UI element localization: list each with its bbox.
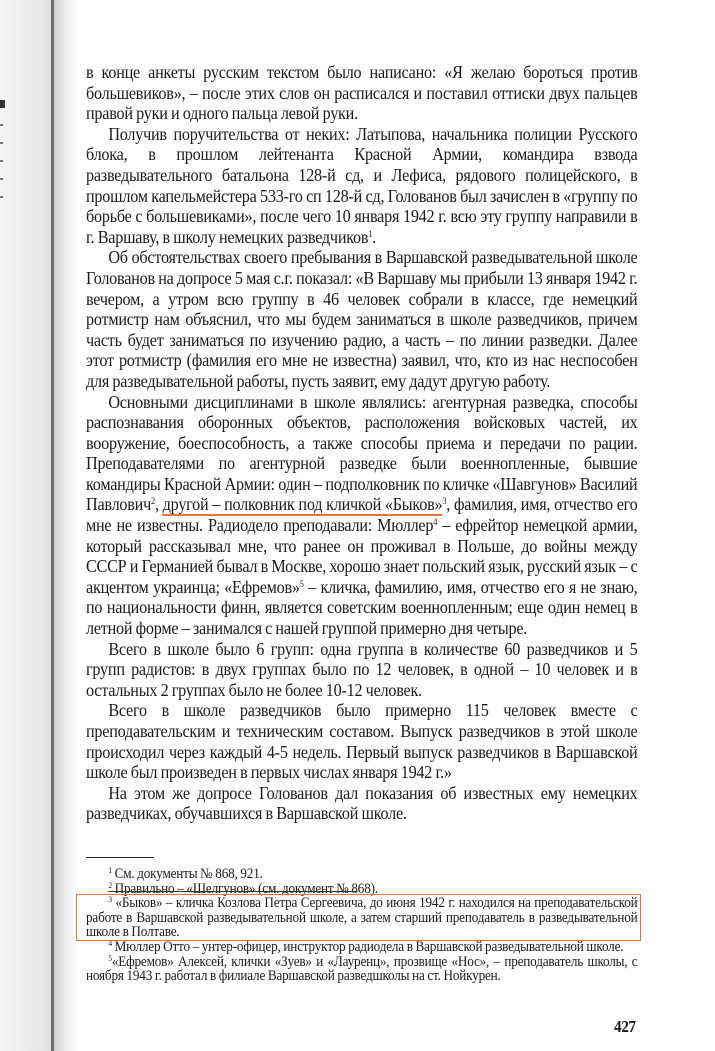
paragraph-5: Всего в школе было 6 групп: одна группа … [86, 639, 637, 701]
paragraph-6: Всего в школе разведчиков было примерно … [86, 700, 637, 782]
footnote-number: 1 [108, 866, 112, 875]
footnote-text: См. документы № 868, 921. [115, 866, 263, 882]
footnote-3-highlight-box [76, 894, 641, 941]
facing-page-text-fragments [0, 100, 8, 214]
paragraph-3: Об обстоятельствах своего пребывания в В… [86, 247, 637, 391]
paragraph-2-text: Получив поручительства от неких: Латыпов… [86, 124, 637, 247]
paragraph-7: На этом же допросе Голованов дал показан… [86, 783, 637, 824]
underlined-annotation: другой – полковник под кличкой «Быков» [163, 494, 443, 516]
footnote-text: «Ефремов» Алексей, клички «Зуев» и «Лаур… [86, 954, 637, 985]
footnote-5: 5«Ефремов» Алексей, клички «Зуев» и «Лау… [86, 955, 637, 984]
page-number: 427 [614, 1017, 636, 1037]
footnote-text: Мюллер Отто – унтер-офицер, инструктор р… [115, 939, 624, 955]
paragraph-4: Основными дисциплинами в школе являлись:… [86, 392, 637, 639]
paragraph-1: в конце анкеты русским текстом было напи… [86, 62, 637, 124]
body-text: в конце анкеты русским текстом было напи… [86, 62, 638, 824]
footnote-number: 2 [108, 881, 112, 890]
paragraph-2: Получив поручительства от неких: Латыпов… [86, 124, 637, 248]
footnote-4: 4 Мюллер Отто – унтер-офицер, инструктор… [86, 940, 637, 955]
footnote-separator [86, 857, 154, 858]
footnote-1: 1 См. документы № 868, 921. [86, 867, 637, 882]
punctuation: . [372, 227, 376, 247]
